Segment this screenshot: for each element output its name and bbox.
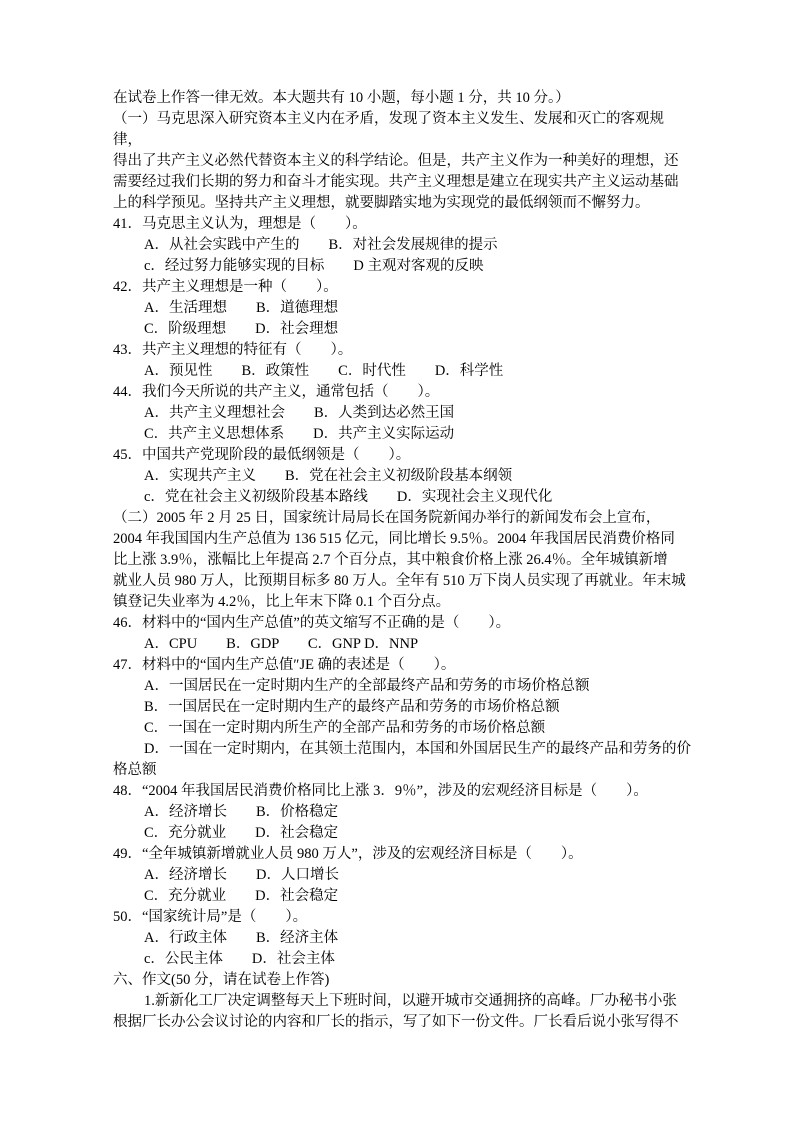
question-47-option-d: D．一国在一定时期内，在其领土范围内，本国和外国居民生产的最终产品和劳务的价 [113,739,691,760]
question-45-stem: 45．中国共产党现阶段的最低纲领是（ ）。 [113,445,691,466]
question-47-option-a: A．一国居民在一定时期内生产的全部最终产品和劳务的市场价格总额 [113,676,691,697]
question-43-options-abcd: A．预见性 B．政策性 C．时代性 D．科学性 [113,361,691,382]
question-47-option-c: C．一国在一定时期内所生产的全部产品和劳务的市场价格总额 [113,718,691,739]
question-50-options-ab: A．行政主体 B．经济主体 [113,928,691,949]
essay-prompt-line-1: 1.新新化工厂决定调整每天上下班时间，以避开城市交通拥挤的高峰。厂办秘书小张 [113,991,691,1012]
passage-two-line-5: 镇登记失业率为 4.2％，比上年末下降 0.1 个百分点。 [113,592,691,613]
question-50-stem: 50．“国家统计局”是（ ）。 [113,907,691,928]
question-44-options-ab: A．共产主义理想社会 B．人类到达必然王国 [113,403,691,424]
passage-two-line-3: 比上涨 3.9％，涨幅比上年提高 2.7 个百分点，其中粮食价格上涨 26.4％… [113,550,691,571]
passage-one-line-1: （一）马克思深入研究资本主义内在矛盾，发现了资本主义发生、发展和灭亡的客观规律， [113,109,691,151]
question-42-options-cd: C．阶级理想 D．社会理想 [113,319,691,340]
question-46-stem: 46．材料中的“国内生产总值”的英文缩写不正确的是（ ）。 [113,613,691,634]
passage-two-line-4: 就业人员 980 万人，比预期目标多 80 万人。全年有 510 万下岗人员实现… [113,571,691,592]
question-47-option-d-wrap: 格总额 [113,760,691,781]
passage-two-line-2: 2004 年我国国内生产总值为 136 515 亿元，同比增长 9.5％。200… [113,529,691,550]
question-47-stem: 47．材料中的“国内生产总值″JE 确的表述是（ ）。 [113,655,691,676]
question-47-option-b: B．一国居民在一定时期内生产的最终产品和劳务的市场价格总额 [113,697,691,718]
question-42-stem: 42．共产主义理想是一种（ ）。 [113,277,691,298]
essay-prompt-line-2: 根据厂长办公会议讨论的内容和厂长的指示，写了如下一份文件。厂长看后说小张写得不 [113,1012,691,1033]
question-41-options-cd: c．经过努力能够实现的目标 D 主观对客观的反映 [113,256,691,277]
exam-page: 在试卷上作答一律无效。本大题共有 10 小题，每小题 1 分，共 10 分。） … [113,88,691,1033]
passage-one-line-2: 得出了共产主义必然代替资本主义的科学结论。但是，共产主义作为一种美好的理想，还 [113,151,691,172]
question-44-options-cd: C．共产主义思想体系 D．共产主义实际运动 [113,424,691,445]
question-44-stem: 44．我们今天所说的共产主义，通常包括（ ）。 [113,382,691,403]
question-45-options-ab: A．实现共产主义 B．党在社会主义初级阶段基本纲领 [113,466,691,487]
section-instructions: 在试卷上作答一律无效。本大题共有 10 小题，每小题 1 分，共 10 分。） [113,88,691,109]
question-48-options-ab: A．经济增长 B．价格稳定 [113,802,691,823]
passage-one-line-4: 上的科学预见。坚持共产主义理想，就要脚踏实地为实现党的最低纲领而不懈努力。 [113,193,691,214]
question-50-options-cd: c．公民主体 D．社会主体 [113,949,691,970]
section-six-heading: 六、作文(50 分，请在试卷上作答) [113,970,691,991]
question-41-options-ab: A．从社会实践中产生的 B．对社会发展规律的提示 [113,235,691,256]
question-49-stem: 49．“全年城镇新增就业人员 980 万人”，涉及的宏观经济目标是（ ）。 [113,844,691,865]
question-46-options-abcd: A．CPU B．GDP C．GNP D．NNP [113,634,691,655]
question-49-options-cd: C．充分就业 D．社会稳定 [113,886,691,907]
passage-two-line-1: （二）2005 年 2 月 25 日，国家统计局局长在国务院新闻办举行的新闻发布… [113,508,691,529]
question-48-options-cd: C．充分就业 D．社会稳定 [113,823,691,844]
question-42-options-ab: A．生活理想 B．道德理想 [113,298,691,319]
question-49-options-ab: A．经济增长 D．人口增长 [113,865,691,886]
question-43-stem: 43．共产主义理想的特征有（ ）。 [113,340,691,361]
question-48-stem: 48．“2004 年我国居民消费价格同比上涨 3．9％”，涉及的宏观经济目标是（… [113,781,691,802]
question-41-stem: 41．马克思主义认为，理想是（ ）。 [113,214,691,235]
passage-one-line-3: 需要经过我们长期的努力和奋斗才能实现。共产主义理想是建立在现实共产主义运动基础 [113,172,691,193]
question-45-options-cd: c．党在社会主义初级阶段基本路线 D．实现社会主义现代化 [113,487,691,508]
